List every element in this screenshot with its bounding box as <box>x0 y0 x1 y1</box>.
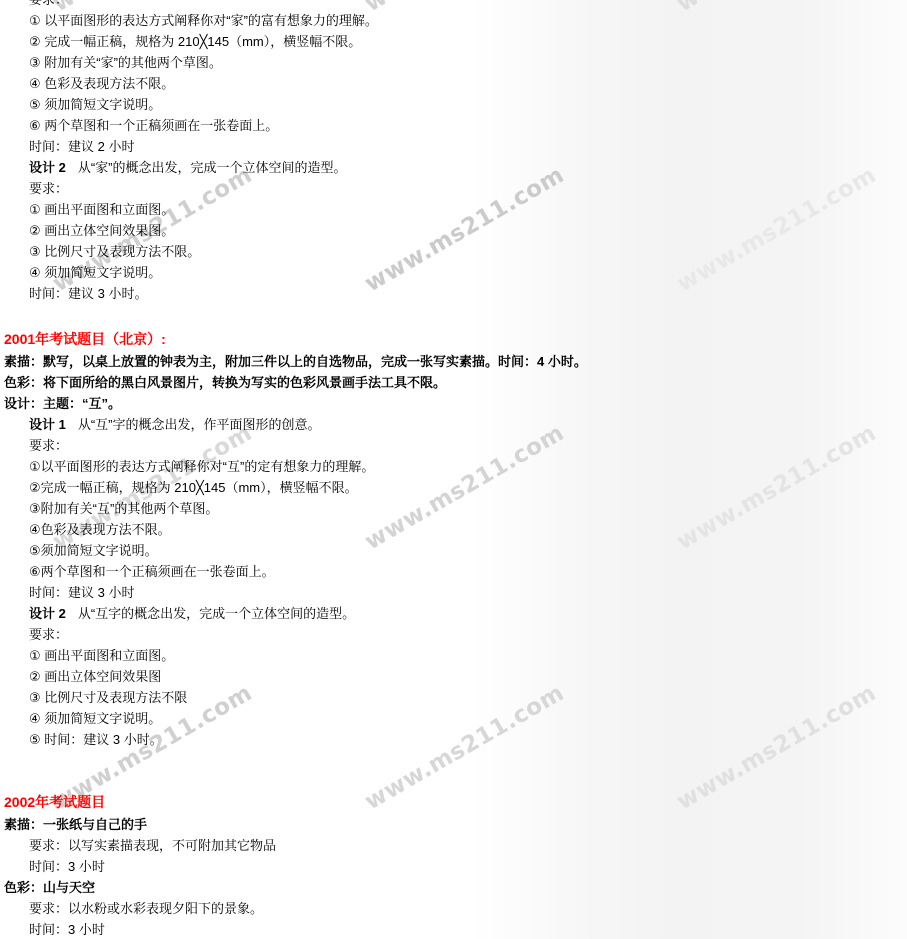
text-line: ①以平面图形的表达方式阐释你对“互”的定有想象力的理解。 <box>0 456 907 477</box>
text-line: 要求： <box>0 178 907 199</box>
design-task-text: 从“互”字的概念出发，作平面图形的创意。 <box>78 417 321 432</box>
section-heading-2002: 2002年考试题目 <box>0 790 907 814</box>
text-line: 设计 1从“互”字的概念出发，作平面图形的创意。 <box>0 414 907 435</box>
text-line: ③ 比例尺寸及表现方法不限。 <box>0 241 907 262</box>
text-line: 色彩：山与天空 <box>0 877 907 898</box>
text-line: 时间：建议 3 小时 <box>0 582 907 603</box>
text-line: 时间：3 小时 <box>0 919 907 939</box>
text-line: ④ 须加简短文字说明。 <box>0 708 907 729</box>
text-line: ② 画出立体空间效果图。 <box>0 220 907 241</box>
document-content: 要求：① 以平面图形的表达方式阐释你对“家”的富有想象力的理解。② 完成一幅正稿… <box>0 0 907 939</box>
text-line: 要求： <box>0 0 907 10</box>
text-line: ③附加有关“互”的其他两个草图。 <box>0 498 907 519</box>
design-task-text: 从“互字的概念出发，完成一个立体空间的造型。 <box>78 606 355 621</box>
paragraph-gap <box>0 750 907 790</box>
design-task-label: 设计 2 <box>29 606 66 621</box>
text-line: ③ 附加有关“家”的其他两个草图。 <box>0 52 907 73</box>
text-line: 时间：建议 2 小时 <box>0 136 907 157</box>
exam-page: www.ms211.comwww.ms211.comwww.ms211.comw… <box>0 0 907 939</box>
text-line: 要求：以写实素描表现，不可附加其它物品 <box>0 835 907 856</box>
text-line: ③ 比例尺寸及表现方法不限 <box>0 687 907 708</box>
text-line: 设计 2从“家”的概念出发，完成一个立体空间的造型。 <box>0 157 907 178</box>
design-task-label: 设计 1 <box>29 417 66 432</box>
text-line: 素描：一张纸与自己的手 <box>0 814 907 835</box>
text-line: ① 画出平面图和立面图。 <box>0 199 907 220</box>
text-line: ① 画出平面图和立面图。 <box>0 645 907 666</box>
design-task-text: 从“家”的概念出发，完成一个立体空间的造型。 <box>78 160 347 175</box>
text-line: 要求： <box>0 624 907 645</box>
text-line: 素描：默写，以桌上放置的钟表为主，附加三件以上的自选物品，完成一张写实素描。时间… <box>0 351 907 372</box>
text-line: ⑤ 时间：建议 3 小时。 <box>0 729 907 750</box>
text-line: 时间：3 小时 <box>0 856 907 877</box>
section-heading-2001: 2001年考试题目（北京）: <box>0 327 907 351</box>
text-line: ④色彩及表现方法不限。 <box>0 519 907 540</box>
text-line: ② 画出立体空间效果图 <box>0 666 907 687</box>
text-line: 要求：以水粉或水彩表现夕阳下的景象。 <box>0 898 907 919</box>
text-line: ① 以平面图形的表达方式阐释你对“家”的富有想象力的理解。 <box>0 10 907 31</box>
text-line: ⑥两个草图和一个正稿须画在一张卷面上。 <box>0 561 907 582</box>
text-line: ④ 须加简短文字说明。 <box>0 262 907 283</box>
text-line: ② 完成一幅正稿，规格为 210╳145（mm），横竖幅不限。 <box>0 31 907 52</box>
text-line: ④ 色彩及表现方法不限。 <box>0 73 907 94</box>
text-line: ⑤须加简短文字说明。 <box>0 540 907 561</box>
paragraph-gap <box>0 304 907 327</box>
text-line: ⑥ 两个草图和一个正稿须画在一张卷面上。 <box>0 115 907 136</box>
text-line: 要求： <box>0 435 907 456</box>
design-task-label: 设计 2 <box>29 160 66 175</box>
text-line: 时间：建议 3 小时。 <box>0 283 907 304</box>
text-line: 设计：主题：“互”。 <box>0 393 907 414</box>
text-line: 色彩：将下面所给的黑白风景图片，转换为写实的色彩风景画手法工具不限。 <box>0 372 907 393</box>
text-line: ⑤ 须加简短文字说明。 <box>0 94 907 115</box>
text-line: 设计 2从“互字的概念出发，完成一个立体空间的造型。 <box>0 603 907 624</box>
text-line: ②完成一幅正稿，规格为 210╳145（mm），横竖幅不限。 <box>0 477 907 498</box>
